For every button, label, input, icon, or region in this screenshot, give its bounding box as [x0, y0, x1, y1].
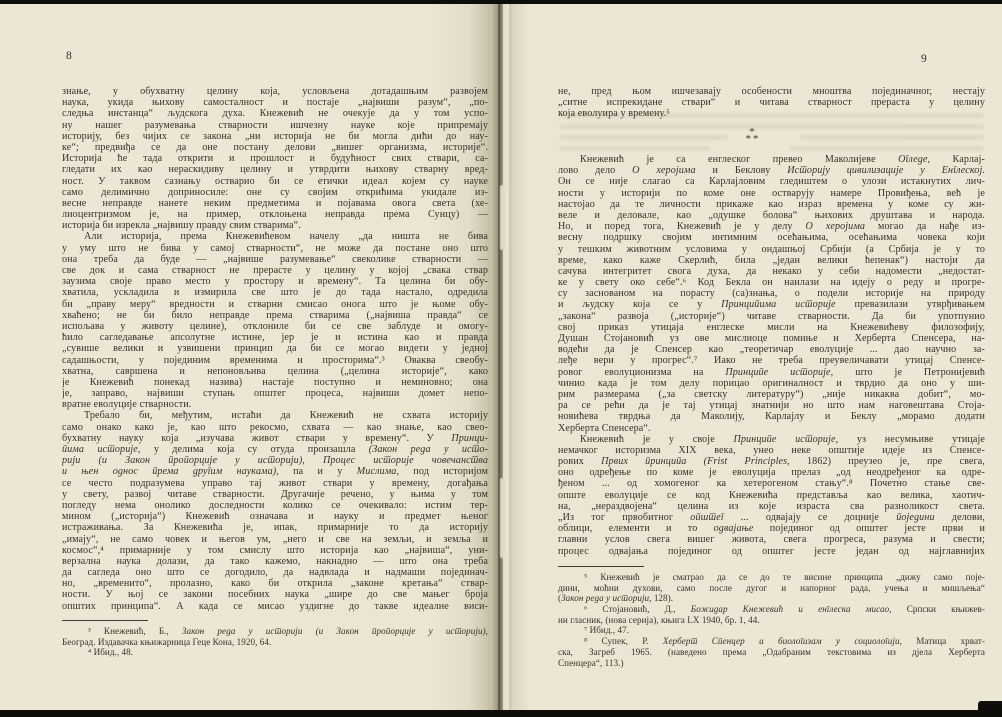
text-line: дини, моћни духови, само после дугог и н… [558, 583, 985, 594]
text-line: опште еволуције се код Кнежевића предста… [558, 490, 985, 501]
text-line: у уму што не бива у самој стварности“, н… [62, 243, 488, 254]
text-line: садашњости, у појединим временима и прос… [62, 355, 488, 366]
right-page-footnotes: ⁵ Кнежевић је сматрао да се до те висине… [558, 572, 985, 668]
text-line: наука, укида њихову самосталност и поста… [62, 97, 488, 108]
text-line: лиоцентризмом је, на пример, отклоњена н… [62, 209, 488, 220]
binding-thread [500, 478, 504, 558]
text-line: вратне еволуције стварности. [62, 399, 488, 410]
text-line: ност. У таквом сазнању остварио би се ет… [62, 176, 488, 187]
text-line: ⁶ Стојановић, Д., Божидар Кнежевић и енг… [558, 604, 985, 615]
text-line: она треба да буде — „највише разумевање“… [62, 254, 488, 265]
text-line: испољава у животу целине), отклониле би … [62, 321, 488, 332]
text-line: ке у свету око себе“.⁶ Код Бекла он наил… [558, 277, 985, 288]
bleed-through-text [560, 146, 710, 151]
text-line: ровог еволуционизма на Принципе историје… [558, 367, 985, 378]
text-line: хваћено; не би било неправде према ствар… [62, 310, 488, 321]
text-line: је Кнежевић понекад назива) настаје пост… [62, 377, 488, 388]
asterisk-row: ** [740, 136, 766, 143]
scan-edge-top [0, 0, 1002, 4]
text-line: сачува интегритет свога духа, да некако … [558, 266, 985, 277]
text-line: да сагледа оно што се догодило, да надвл… [62, 567, 488, 578]
text-line: оно одређење по коме је еволуција прелаз… [558, 467, 985, 478]
text-line: облици, елементи и то одвајање појединог… [558, 523, 985, 534]
book-scan-spread: { "scan": { "colors": { "page_bg": "#ebe… [0, 0, 1002, 717]
text-line: Но, и поред тога, Кнежевић је у делу О х… [558, 221, 985, 232]
text-line: историју, без чијих се закона „ни истори… [62, 131, 488, 142]
text-line: ћило сагледавање апсолутне истине, јер ј… [62, 332, 488, 343]
text-line: ра се рећи да је тај утицај знатнији но … [558, 400, 985, 411]
text-line: ни гласник, (нова серија), књига LX 1940… [558, 615, 985, 626]
text-line: историја би изрекла „највишу правду свим… [62, 220, 488, 231]
text-line: се често подразумева управо тај живот ст… [62, 478, 488, 489]
text-line: ска, Загреб 1965. (наведено према „Одабр… [558, 647, 985, 658]
text-line: „Из тог првобитног општег ... одвајају с… [558, 512, 985, 523]
text-line: и људску која се у Принципима историје п… [558, 299, 985, 310]
bleed-through-text [560, 135, 728, 140]
text-line: су заснованом на порасту (са)знања, о по… [558, 288, 985, 299]
text-line: свој приказ утицаја енглеске мисли на Кн… [558, 322, 985, 333]
text-line: леђе вери у прогрес“.⁷ Иако не треба пре… [558, 355, 985, 366]
text-line: рових Првих принципа (Frist Principles, … [558, 456, 985, 467]
text-line: Кнежевић је са енглеског превео Маколије… [558, 154, 985, 165]
text-line: гледати их као нераскидиву целину и утвр… [62, 164, 488, 175]
book-spine [498, 4, 500, 710]
text-line: рији (и Закон пропорције у историји), Пр… [62, 455, 488, 466]
bleed-through-text [790, 146, 984, 151]
text-line: весну подршку својим интимним осећањима,… [558, 232, 985, 243]
text-line: чинио када је том делу порицао оригиналн… [558, 378, 985, 389]
text-line: на, „нераздвојена“ целина из које израст… [558, 501, 985, 512]
text-line: ности. У њој се закони посебних наука „ш… [62, 589, 488, 600]
text-line: ⁴ Ибид., 48. [62, 647, 488, 658]
right-page-body-text: Кнежевић је са енглеског превео Маколије… [558, 154, 985, 557]
right-page-number: 9 [921, 53, 927, 65]
text-line: Душан Стојановић уз ове мислиоце помиње … [558, 333, 985, 344]
text-line: све док и сама стварност не прерасте у ц… [62, 265, 488, 276]
left-page-body-text: знање, у обухватну целину која, условљен… [62, 86, 488, 612]
binding-thread [500, 185, 504, 250]
text-line: погледу нема онолико доследности колико … [62, 500, 488, 511]
text-line: пима историје, у делима која су отуда пр… [62, 444, 488, 455]
text-line: Требало би, међутим, истаћи да Кнежевић … [62, 410, 488, 421]
text-line: Историја ће тада открити и прошлост и бу… [62, 153, 488, 164]
text-line: Спенцера“, 113.) [558, 658, 985, 669]
text-line: не, пред њом ишчезавају особености мношт… [558, 86, 985, 97]
text-line: Херберта Спенсера“. [558, 423, 985, 434]
text-line: заузима своје право место у простору и в… [62, 276, 488, 287]
text-line: бухватну науку која „изучава живот ствар… [62, 433, 488, 444]
text-line: само делимично доприносиле: оне су своји… [62, 187, 488, 198]
text-line: ке“; предвиђа се да оне постану делови „… [62, 142, 488, 153]
scan-edge-bottom [0, 710, 1002, 717]
text-line: верзална наука долази, да тако кажемо, н… [62, 556, 488, 567]
text-line: водећи да је Спенсер као „теоретичар ево… [558, 344, 985, 355]
text-line: знање, у обухватну целину која, условљен… [62, 86, 488, 97]
text-line: ђеном ... од хомогеног ка хетерогеном ст… [558, 478, 985, 489]
text-line: (Закон реда у историји, 128). [558, 593, 985, 604]
text-line: ⁷ Ибид., 47. [558, 625, 985, 636]
right-page-opening-text: не, пред њом ишчезавају особености мношт… [558, 86, 985, 120]
text-line: ³ Кнежевић, Б., Закон реда у историји (и… [62, 626, 488, 637]
text-line: но, „временито“, пролазно, како би откри… [62, 578, 488, 589]
text-line: новићева тврдња да Маколију, Карлајлу и … [558, 411, 985, 422]
text-line: Али историја, према Кнежевићевом начелу … [62, 231, 488, 242]
text-line: у свету, развој читаве стварности. Друга… [62, 489, 488, 500]
text-line: ⁸ Супек, Р. Херберт Спенцер и биологизам… [558, 636, 985, 647]
text-line: општих принципа“. А када се мисао уздигн… [62, 601, 488, 612]
scan-edge-corner [978, 701, 1002, 717]
text-line: време, како каже Скерлић, била „један ве… [558, 255, 985, 266]
text-line: „сувише велики и узвишени принцип да би … [62, 343, 488, 354]
bleed-through-text [560, 124, 984, 129]
text-line: би „праву меру“ вредности и стварни смис… [62, 299, 488, 310]
text-line: лово дело О херојима и Беклову Историју … [558, 165, 985, 176]
text-line: ⁵ Кнежевић је сматрао да се до те висине… [558, 572, 985, 583]
right-footnote-rule [558, 566, 644, 567]
text-line: космос“,⁴ примарније у том смислу што ис… [62, 545, 488, 556]
bleed-through-text [800, 135, 984, 140]
text-line: весне неправде нанете неким предметима и… [62, 198, 488, 209]
left-footnote-rule [62, 620, 148, 621]
left-page-footnotes: ³ Кнежевић, Б., Закон реда у историји (и… [62, 626, 488, 658]
text-line: је, заправо, највиши ступањ општег проце… [62, 388, 488, 399]
book-spine-highlight [503, 4, 509, 710]
text-line: немачког историзма XIX века, унео неке о… [558, 445, 985, 456]
text-line: хватила, ускладила и измирила све што је… [62, 287, 488, 298]
asterisk-section-separator: * ** [738, 129, 766, 143]
text-line: настојао да те личности прикаже као изра… [558, 199, 985, 210]
text-line: у тешким животним условима у ондашњој Ср… [558, 244, 985, 255]
text-line: главни услов свега вишег живота, свега п… [558, 534, 985, 545]
text-line: рим размерама („за светску литературу“) … [558, 389, 985, 400]
text-line: „имају“, не само човек и његов ум, „него… [62, 534, 488, 545]
text-line: само онако како је, као што рекосмо, схв… [62, 422, 488, 433]
text-line: „ситне испрекидане ствари“ и читава ства… [558, 97, 985, 108]
text-line: и њен однос према другим наукама), па и … [62, 466, 488, 477]
text-line: хватна, савршена и непоновљива целина („… [62, 366, 488, 377]
text-line: која еволуира у времену.⁵ [558, 108, 985, 119]
text-line: следња инстанца“ људскога духа. Кнежевић… [62, 108, 488, 119]
text-line: „закона“ развоја („историје“) читаве ств… [558, 311, 985, 322]
text-line: мином („историја“) Кнежевић означава и н… [62, 511, 488, 522]
text-line: ну нашег разумевања стварности ишчезну н… [62, 120, 488, 131]
left-page-number: 8 [66, 50, 72, 62]
text-line: истраживања. За Кнежевића је, ипак, прим… [62, 522, 488, 533]
text-line: Он се није слагао са Карлајловим гледишт… [558, 176, 985, 187]
text-line: Кнежевић је у своје Принципе историје, у… [558, 434, 985, 445]
text-line: процес одвајања појединог од општег јест… [558, 546, 985, 557]
text-line: веле и деловале, као „одушке болова“ њих… [558, 210, 985, 221]
text-line: ности у историји по коме оне остварују н… [558, 188, 985, 199]
text-line: Београд. Издавачка књижарница Геце Кона,… [62, 637, 488, 648]
